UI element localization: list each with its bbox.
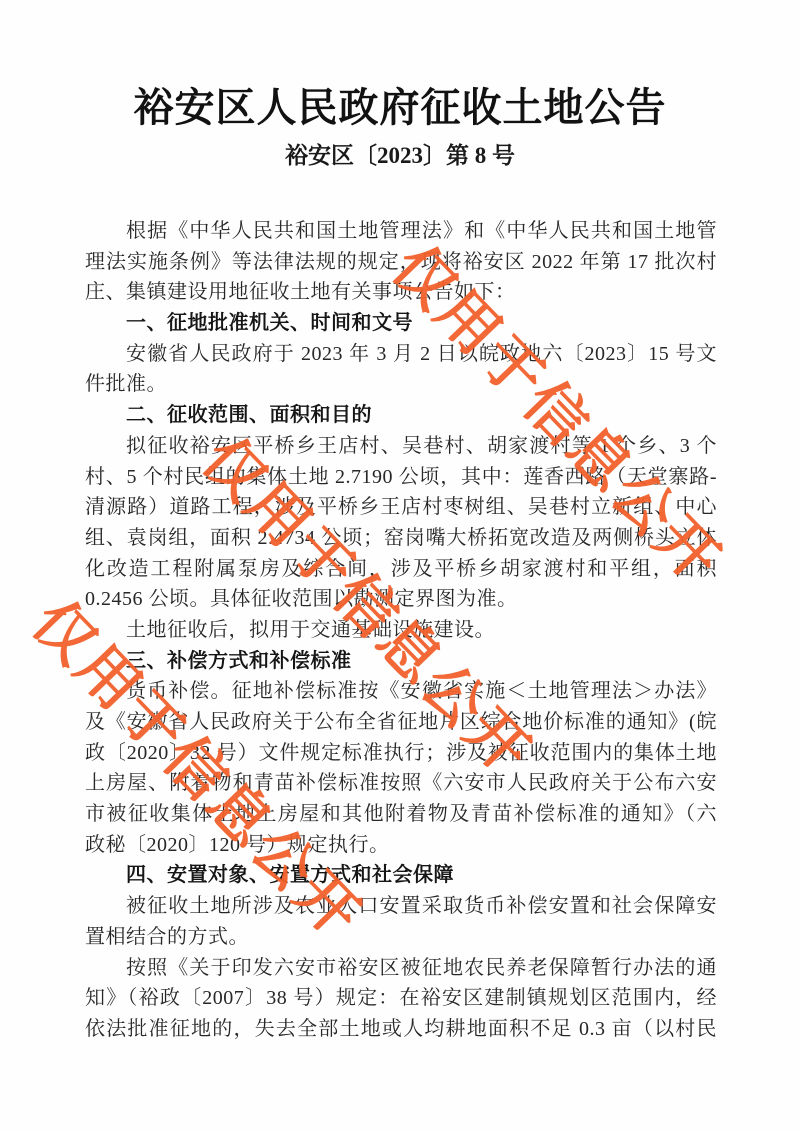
section-heading: 四、安置对象、安置方式和社会保障 — [85, 860, 717, 891]
text-line: 根据《中华人民共和国土地管理法》和《中华人民共和国土地管 — [85, 216, 717, 247]
text-line: 庄、集镇建设用地征收土地有关事项公告如下： — [85, 277, 717, 308]
text-line: 知》（裕政〔2007〕38 号）规定：在裕安区建制镇规划区范围内，经 — [85, 983, 717, 1014]
section-heading: 一、征地批准机关、时间和文号 — [85, 308, 717, 339]
text-line: 土地征收后，拟用于交通基础设施建设。 — [85, 615, 717, 646]
text-line: 市被征收集体土地上房屋和其他附着物及青苗补偿标准的通知》（六 — [85, 799, 717, 830]
text-line: 组、袁岗组，面积 2.4734 公顷；窑岗嘴大桥拓宽改造及两侧桥头立体 — [85, 523, 717, 554]
document-page: 裕安区人民政府征收土地公告 裕安区〔2023〕第 8 号 根据《中华人民共和国土… — [0, 0, 800, 1130]
doc-number: 裕安区〔2023〕第 8 号 — [0, 141, 800, 171]
text-line: 村、5 个村民组的集体土地 2.7190 公顷，其中：莲香西路（天堂寨路- — [85, 462, 717, 493]
text-line: 0.2456 公顷。具体征收范围以勘测定界图为准。 — [85, 584, 717, 615]
text-line: 政〔2020〕32 号）文件规定标准执行；涉及被征收范围内的集体土地 — [85, 738, 717, 769]
text-line: 政秘〔2020〕120 号）规定执行。 — [85, 830, 717, 861]
text-line: 清源路）道路工程，涉及平桥乡王店村枣树组、吴巷村立新组、中心 — [85, 492, 717, 523]
section-heading: 二、征收范围、面积和目的 — [85, 400, 717, 431]
section-heading: 三、补偿方式和补偿标准 — [85, 646, 717, 677]
text-line: 依法批准征地的，失去全部土地或人均耕地面积不足 0.3 亩（以村民 — [85, 1014, 717, 1045]
text-line: 化改造工程附属泵房及综合间，涉及平桥乡胡家渡村和平组，面积 — [85, 554, 717, 585]
text-line: 及《安徽省人民政府关于公布全省征地片区综合地价标准的通知》(皖 — [85, 707, 717, 738]
text-line: 置相结合的方式。 — [85, 922, 717, 953]
text-line: 安徽省人民政府于 2023 年 3 月 2 日以皖政地六〔2023〕15 号文 — [85, 339, 717, 370]
text-line: 件批准。 — [85, 369, 717, 400]
text-line: 理法实施条例》等法律法规的规定，现将裕安区 2022 年第 17 批次村 — [85, 247, 717, 278]
document-body: 根据《中华人民共和国土地管理法》和《中华人民共和国土地管 理法实施条例》等法律法… — [85, 216, 717, 1045]
doc-title: 裕安区人民政府征收土地公告 — [0, 84, 800, 132]
text-line: 按照《关于印发六安市裕安区被征地农民养老保障暂行办法的通 — [85, 953, 717, 984]
text-line: 上房屋、附着物和青苗补偿标准按照《六安市人民政府关于公布六安 — [85, 768, 717, 799]
text-line: 货币补偿。征地补偿标准按《安徽省实施＜土地管理法＞办法》 — [85, 676, 717, 707]
text-line: 被征收土地所涉及农业人口安置采取货币补偿安置和社会保障安 — [85, 891, 717, 922]
text-line: 拟征收裕安区平桥乡王店村、吴巷村、胡家渡村等 1 个乡、3 个 — [85, 431, 717, 462]
